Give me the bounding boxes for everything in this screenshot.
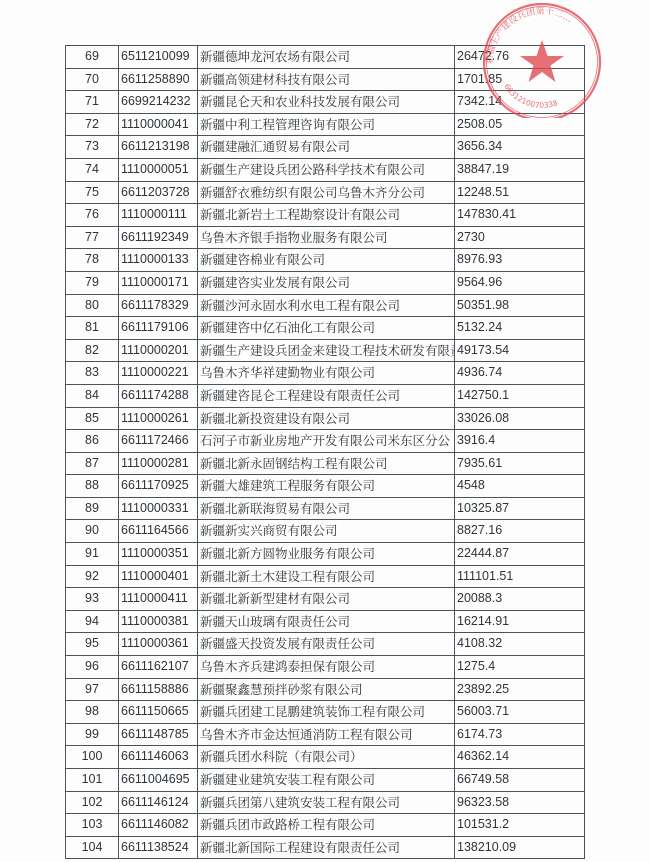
row-index-cell: 88 [66,475,119,498]
amount-cell: 147830.41 [455,204,585,227]
table-row: 951110000361新疆盛天投资发展有限责任公司4108.32 [66,633,585,656]
row-index-cell: 82 [66,339,119,362]
company-code-cell: 6611179106 [119,317,198,340]
company-name-cell: 新疆高领建材科技有限公司 [198,68,455,91]
company-code-cell: 6611192349 [119,226,198,249]
company-name-cell: 新疆建业建筑安装工程有限公司 [198,769,455,792]
table-row: 821110000201新疆生产建设兵团金来建设工程技术研发有限责任49173.… [66,339,585,362]
company-name-cell: 新疆天山玻璃有限责任公司 [198,610,455,633]
company-code-cell: 1110000051 [119,158,198,181]
row-index-cell: 78 [66,249,119,272]
row-index-cell: 85 [66,407,119,430]
amount-cell: 138210.09 [455,836,585,859]
row-index-cell: 86 [66,430,119,453]
company-code-cell: 1110000261 [119,407,198,430]
company-code-cell: 6611258890 [119,68,198,91]
table-row: 891110000331新疆北新联海贸易有限公司10325.87 [66,497,585,520]
company-name-cell: 新疆建咨实业发展有限公司 [198,271,455,294]
table-row: 941110000381新疆天山玻璃有限责任公司16214.91 [66,610,585,633]
row-index-cell: 93 [66,588,119,611]
company-code-cell: 6611146124 [119,791,198,814]
amount-cell: 96323.58 [455,791,585,814]
amount-cell: 142750.1 [455,384,585,407]
company-name-cell: 新疆建咨昆仑工程建设有限责任公司 [198,384,455,407]
company-amount-table: 696511210099新疆德坤龙河农场有限公司26472.7670661125… [65,45,585,859]
row-index-cell: 104 [66,836,119,859]
company-name-cell: 新疆北新土木建设工程有限公司 [198,565,455,588]
row-index-cell: 83 [66,362,119,385]
company-name-cell: 乌鲁木齐华祥建勤物业有限公司 [198,362,455,385]
company-code-cell: 1110000111 [119,204,198,227]
row-index-cell: 75 [66,181,119,204]
table-row: 906611164566新疆新实兴商贸有限公司8827.16 [66,520,585,543]
company-code-cell: 6611004695 [119,769,198,792]
row-index-cell: 71 [66,91,119,114]
table-row: 1006611146063新疆兵团水科院（有限公司）46362.14 [66,746,585,769]
company-name-cell: 新疆建融汇通贸易有限公司 [198,136,455,159]
company-code-cell: 6611162107 [119,656,198,679]
table-row: 986611150665新疆兵团建工昆鹏建筑装饰工程有限公司56003.71 [66,701,585,724]
amount-cell: 22444.87 [455,543,585,566]
amount-cell: 16214.91 [455,610,585,633]
row-index-cell: 84 [66,384,119,407]
company-code-cell: 6511210099 [119,46,198,69]
company-name-cell: 新疆北新新型建材有限公司 [198,588,455,611]
company-code-cell: 6611138524 [119,836,198,859]
row-index-cell: 101 [66,769,119,792]
company-code-cell: 6611146082 [119,814,198,837]
company-code-cell: 1110000201 [119,339,198,362]
company-code-cell: 1110000221 [119,362,198,385]
table-row: 706611258890新疆高领建材科技有限公司1701.85 [66,68,585,91]
company-code-cell: 1110000281 [119,452,198,475]
table-row: 756611203728新疆舒衣雅纺织有限公司乌鲁木齐分公司12248.51 [66,181,585,204]
row-index-cell: 91 [66,543,119,566]
company-name-cell: 新疆大雄建筑工程服务有限公司 [198,475,455,498]
company-name-cell: 新疆盛天投资发展有限责任公司 [198,633,455,656]
amount-cell: 46362.14 [455,746,585,769]
company-name-cell: 新疆舒衣雅纺织有限公司乌鲁木齐分公司 [198,181,455,204]
company-name-cell: 新疆建咨中亿石油化工有限公司 [198,317,455,340]
row-index-cell: 96 [66,656,119,679]
row-index-cell: 100 [66,746,119,769]
amount-cell: 4108.32 [455,633,585,656]
table-row: 871110000281新疆北新永固钢结构工程有限公司7935.61 [66,452,585,475]
company-name-cell: 新疆北新联海贸易有限公司 [198,497,455,520]
amount-cell: 7342.14 [455,91,585,114]
table-row: 1046611138524新疆北新国际工程建设有限责任公司138210.09 [66,836,585,859]
company-name-cell: 乌鲁木齐银手指物业服务有限公司 [198,226,455,249]
company-name-cell: 乌鲁木齐市金达恒通消防工程有限公司 [198,723,455,746]
company-code-cell: 1110000351 [119,543,198,566]
row-index-cell: 102 [66,791,119,814]
company-code-cell: 1110000361 [119,633,198,656]
amount-cell: 5132.24 [455,317,585,340]
company-name-cell: 新疆生产建设兵团公路科学技术有限公司 [198,158,455,181]
row-index-cell: 99 [66,723,119,746]
table-row: 736611213198新疆建融汇通贸易有限公司3656.34 [66,136,585,159]
table-row: 781110000133新疆建咨棉业有限公司8976.93 [66,249,585,272]
row-index-cell: 87 [66,452,119,475]
table-row: 966611162107乌鲁木齐兵建鸿泰担保有限公司1275.4 [66,656,585,679]
table-row: 721110000041新疆中利工程管理咨询有限公司2508.05 [66,113,585,136]
company-code-cell: 6611174288 [119,384,198,407]
row-index-cell: 77 [66,226,119,249]
company-code-cell: 6611148785 [119,723,198,746]
amount-cell: 20088.3 [455,588,585,611]
amount-cell: 4548 [455,475,585,498]
table-row: 1036611146082新疆兵团市政路桥工程有限公司101531.2 [66,814,585,837]
amount-cell: 66749.58 [455,769,585,792]
company-code-cell: 6611164566 [119,520,198,543]
company-name-cell: 乌鲁木齐兵建鸿泰担保有限公司 [198,656,455,679]
amount-cell: 111101.51 [455,565,585,588]
table-row: 741110000051新疆生产建设兵团公路科学技术有限公司38847.19 [66,158,585,181]
row-index-cell: 76 [66,204,119,227]
amount-cell: 3916.4 [455,430,585,453]
table-row: 776611192349乌鲁木齐银手指物业服务有限公司2730 [66,226,585,249]
table-row: 921110000401新疆北新土木建设工程有限公司111101.51 [66,565,585,588]
company-code-cell: 6611146063 [119,746,198,769]
amount-cell: 101531.2 [455,814,585,837]
amount-cell: 1701.85 [455,68,585,91]
amount-cell: 26472.76 [455,46,585,69]
row-index-cell: 97 [66,678,119,701]
table-row: 816611179106新疆建咨中亿石油化工有限公司5132.24 [66,317,585,340]
company-name-cell: 新疆兵团水科院（有限公司） [198,746,455,769]
row-index-cell: 73 [66,136,119,159]
company-name-cell: 新疆德坤龙河农场有限公司 [198,46,455,69]
company-name-cell: 新疆生产建设兵团金来建设工程技术研发有限责任 [198,339,455,362]
company-code-cell: 6611158886 [119,678,198,701]
amount-cell: 3656.34 [455,136,585,159]
table-body: 696511210099新疆德坤龙河农场有限公司26472.7670661125… [66,46,585,859]
table-row: 851110000261新疆北新投资建设有限公司33026.08 [66,407,585,430]
table-row: 1016611004695新疆建业建筑安装工程有限公司66749.58 [66,769,585,792]
row-index-cell: 94 [66,610,119,633]
row-index-cell: 92 [66,565,119,588]
amount-cell: 10325.87 [455,497,585,520]
company-name-cell: 新疆兵团第八建筑安装工程有限公司 [198,791,455,814]
table-row: 1026611146124新疆兵团第八建筑安装工程有限公司96323.58 [66,791,585,814]
company-name-cell: 新疆兵团建工昆鹏建筑装饰工程有限公司 [198,701,455,724]
table-row: 866611172466石河子市新业房地产开发有限公司米东区分公3916.4 [66,430,585,453]
company-code-cell: 6611213198 [119,136,198,159]
company-code-cell: 1110000411 [119,588,198,611]
company-name-cell: 新疆中利工程管理咨询有限公司 [198,113,455,136]
row-index-cell: 95 [66,633,119,656]
row-index-cell: 74 [66,158,119,181]
company-name-cell: 新疆沙河永固水利水电工程有限公司 [198,294,455,317]
table-row: 696511210099新疆德坤龙河农场有限公司26472.76 [66,46,585,69]
row-index-cell: 70 [66,68,119,91]
company-name-cell: 新疆新实兴商贸有限公司 [198,520,455,543]
amount-cell: 7935.61 [455,452,585,475]
company-code-cell: 6611172466 [119,430,198,453]
amount-cell: 8976.93 [455,249,585,272]
table-row: 931110000411新疆北新新型建材有限公司20088.3 [66,588,585,611]
company-name-cell: 新疆北新方圆物业服务有限公司 [198,543,455,566]
row-index-cell: 72 [66,113,119,136]
row-index-cell: 98 [66,701,119,724]
company-name-cell: 新疆兵团市政路桥工程有限公司 [198,814,455,837]
company-code-cell: 6611178329 [119,294,198,317]
amount-cell: 9564.96 [455,271,585,294]
row-index-cell: 79 [66,271,119,294]
table-row: 976611158886新疆聚鑫慧预拌砂浆有限公司23892.25 [66,678,585,701]
company-code-cell: 1110000041 [119,113,198,136]
company-name-cell: 新疆建咨棉业有限公司 [198,249,455,272]
document-page: 696511210099新疆德坤龙河农场有限公司26472.7670661125… [0,0,650,862]
table-row: 791110000171新疆建咨实业发展有限公司9564.96 [66,271,585,294]
amount-cell: 12248.51 [455,181,585,204]
company-name-cell: 新疆北新永固钢结构工程有限公司 [198,452,455,475]
company-name-cell: 石河子市新业房地产开发有限公司米东区分公 [198,430,455,453]
company-code-cell: 1110000401 [119,565,198,588]
amount-cell: 8827.16 [455,520,585,543]
company-name-cell: 新疆北新国际工程建设有限责任公司 [198,836,455,859]
amount-cell: 38847.19 [455,158,585,181]
amount-cell: 49173.54 [455,339,585,362]
company-code-cell: 6611203728 [119,181,198,204]
amount-cell: 23892.25 [455,678,585,701]
table-row: 831110000221乌鲁木齐华祥建勤物业有限公司4936.74 [66,362,585,385]
table-row: 996611148785乌鲁木齐市金达恒通消防工程有限公司6174.73 [66,723,585,746]
table-row: 716699214232新疆昆仑天和农业科技发展有限公司7342.14 [66,91,585,114]
company-code-cell: 6699214232 [119,91,198,114]
company-code-cell: 1110000171 [119,271,198,294]
row-index-cell: 89 [66,497,119,520]
company-code-cell: 1110000331 [119,497,198,520]
company-code-cell: 1110000381 [119,610,198,633]
row-index-cell: 80 [66,294,119,317]
table-row: 806611178329新疆沙河永固水利水电工程有限公司50351.98 [66,294,585,317]
company-name-cell: 新疆北新岩土工程勘察设计有限公司 [198,204,455,227]
company-code-cell: 6611150665 [119,701,198,724]
company-name-cell: 新疆聚鑫慧预拌砂浆有限公司 [198,678,455,701]
table-row: 846611174288新疆建咨昆仑工程建设有限责任公司142750.1 [66,384,585,407]
company-name-cell: 新疆昆仑天和农业科技发展有限公司 [198,91,455,114]
amount-cell: 4936.74 [455,362,585,385]
row-index-cell: 69 [66,46,119,69]
amount-cell: 1275.4 [455,656,585,679]
row-index-cell: 81 [66,317,119,340]
company-code-cell: 1110000133 [119,249,198,272]
table-row: 886611170925新疆大雄建筑工程服务有限公司4548 [66,475,585,498]
amount-cell: 2508.05 [455,113,585,136]
amount-cell: 56003.71 [455,701,585,724]
amount-cell: 50351.98 [455,294,585,317]
amount-cell: 33026.08 [455,407,585,430]
row-index-cell: 103 [66,814,119,837]
company-code-cell: 6611170925 [119,475,198,498]
amount-cell: 2730 [455,226,585,249]
company-name-cell: 新疆北新投资建设有限公司 [198,407,455,430]
table-row: 911110000351新疆北新方圆物业服务有限公司22444.87 [66,543,585,566]
amount-cell: 6174.73 [455,723,585,746]
row-index-cell: 90 [66,520,119,543]
table-row: 761110000111新疆北新岩土工程勘察设计有限公司147830.41 [66,204,585,227]
